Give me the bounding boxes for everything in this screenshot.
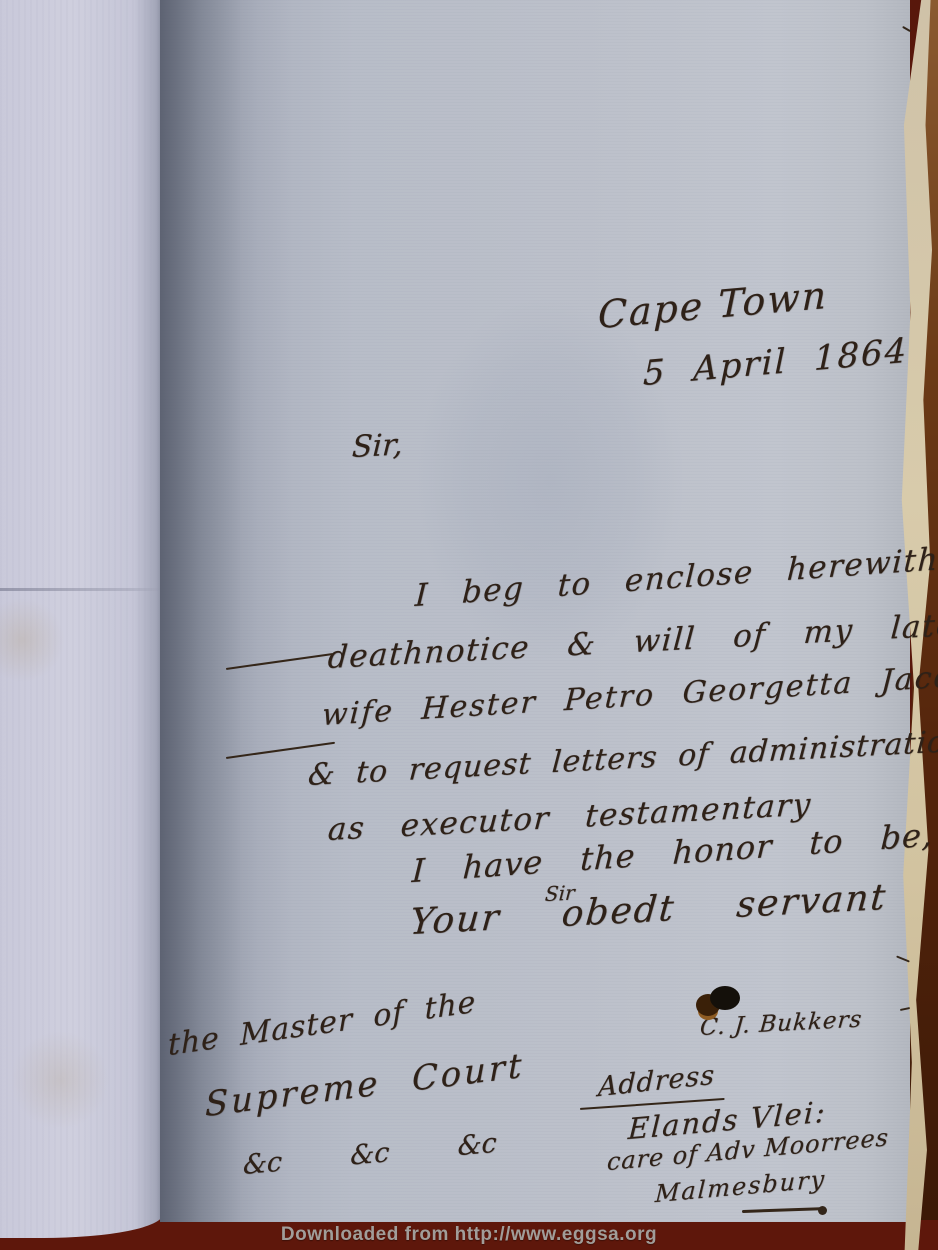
left-page-crease [0, 588, 163, 591]
ink-blot [696, 986, 744, 1022]
salutation: Sir, [351, 427, 404, 465]
eggsa-watermark-text: Downloaded from http://www.eggsa.org [0, 1224, 938, 1246]
flourish-dot [818, 1206, 827, 1215]
left-page [0, 0, 163, 1238]
